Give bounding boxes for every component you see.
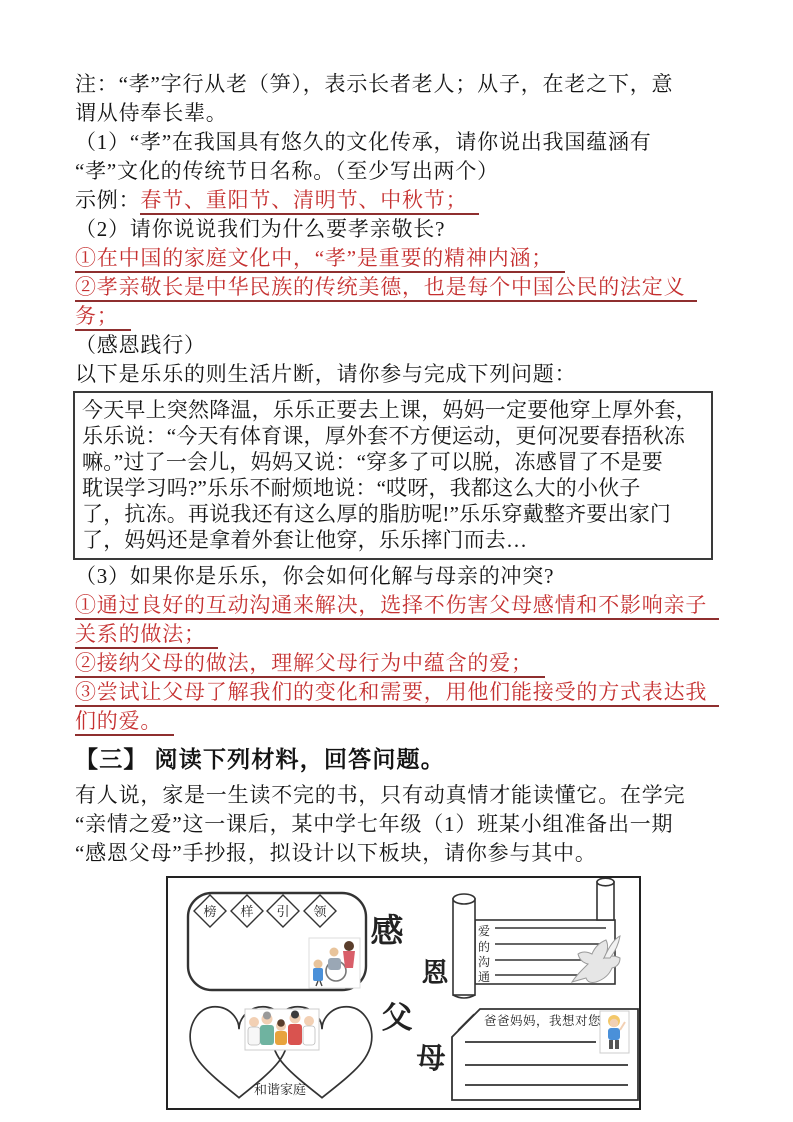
section-3-intro-line-2: “亲情之爱”这一课后，某中学七年级（1）班某小组准备出一期 [75,810,715,839]
diamond-char-2: 样 [240,904,253,919]
document-page: 注：“孝”字行从老（笋），表示长者老人；从子，在老之下，意 谓从侍奉长辈。 （1… [0,0,793,1122]
scroll-char-3: 沟 [478,955,490,969]
diamond-char-1: 榜 [203,904,216,919]
story-line-3: 嘛。”过了一会儿，妈妈又说：“穿多了可以脱，冻感冒了不是要 [82,449,704,475]
question-3: （3）如果你是乐乐，你会如何化解与母亲的冲突? [75,562,715,591]
poster-figure: 榜 样 引 领 感 恩 父 母 [166,876,641,1110]
title-char-1: 感 [371,913,404,950]
answer-q3-line-2: 关系的做法； [75,620,715,649]
answer-q3-line-3: ②接纳父母的做法，理解父母行为中蕴含的爱； [75,649,715,678]
practice-banner: （感恩践行） [75,331,715,360]
note-line-2: 谓从侍奉长辈。 [75,99,715,128]
question-1-line-2: “孝”文化的传统节日名称。（至少写出两个） [75,157,715,186]
title-char-2: 恩 [422,958,450,988]
note-line-1: 注：“孝”字行从老（笋），表示长者老人；从子，在老之下，意 [75,70,715,99]
scroll-char-4: 通 [478,970,490,984]
scroll-char-2: 的 [478,940,490,954]
story-line-5: 了，抗冻。再说我还有这么厚的脂肪呢!”乐乐穿戴整齐要出家门 [82,501,704,527]
example-answer: 春节、重阳节、清明节、中秋节； [140,187,479,215]
section-3-intro-line-1: 有人说，家是一生读不完的书，只有动真情才能读懂它。在学完 [75,781,715,810]
family-helping-elderly-image [309,938,360,988]
story-box: 今天早上突然降温，乐乐正要去上课，妈妈一定要他穿上厚外套， 乐乐说：“今天有体育… [73,391,713,560]
diamond-char-3: 引 [276,904,289,919]
question-2: （2）请你说说我们为什么要孝亲敬长? [75,215,715,244]
answer-q3-line-5: 们的爱。 [75,707,715,736]
scroll-char-1: 爱 [478,924,490,938]
story-line-6: 了，妈妈还是拿着外套让他穿，乐乐摔门而去… [82,527,704,553]
example-line: 示例：春节、重阳节、清明节、中秋节； [75,186,715,215]
answer-q3-line-1: ①通过良好的互动沟通来解决，选择不伤害父母感情和不影响亲子 [75,591,715,620]
section-3-title: 【三】 阅读下列材料，回答问题。 [75,745,715,775]
story-line-2: 乐乐说：“今天有体育课，厚外套不方便运动，更何况要春捂秋冻 [82,423,704,449]
title-char-4: 母 [416,1042,445,1075]
story-line-4: 耽误学习吗?”乐乐不耐烦地说：“哎呀，我都这么大的小伙子 [82,475,704,501]
poster-canvas: 榜 样 引 领 感 恩 父 母 [168,878,639,1108]
title-char-3: 父 [382,1000,413,1035]
answer-q2-line-3: 务； [75,302,715,331]
question-1-line-1: （1）“孝”在我国具有悠久的文化传承，请你说出我国蕴涵有 [75,128,715,157]
answer-q3-line-4: ③尝试让父母了解我们的变化和需要，用他们能接受的方式表达我 [75,678,715,707]
story-line-1: 今天早上突然降温，乐乐正要去上课，妈妈一定要他穿上厚外套， [82,397,704,423]
boy-waving-image [600,1011,629,1053]
practice-intro: 以下是乐乐的则生活片断，请你参与完成下列问题： [75,360,715,389]
answer-q2-line-1: ①在中国的家庭文化中，“孝”是重要的精神内涵； [75,244,715,273]
section-3-intro-line-3: “感恩父母”手抄报，拟设计以下板块，请你参与其中。 [75,839,715,868]
example-label: 示例： [75,188,140,212]
family-photo-image [245,1009,319,1050]
tag-title: 爸爸妈妈，我想对您说 [484,1013,614,1028]
diamond-char-4: 领 [313,904,327,919]
hearts-label: 和谐家庭 [254,1082,306,1097]
answer-q2-line-2: ②孝亲敬长是中华民族的传统美德，也是每个中国公民的法定义 [75,273,715,302]
